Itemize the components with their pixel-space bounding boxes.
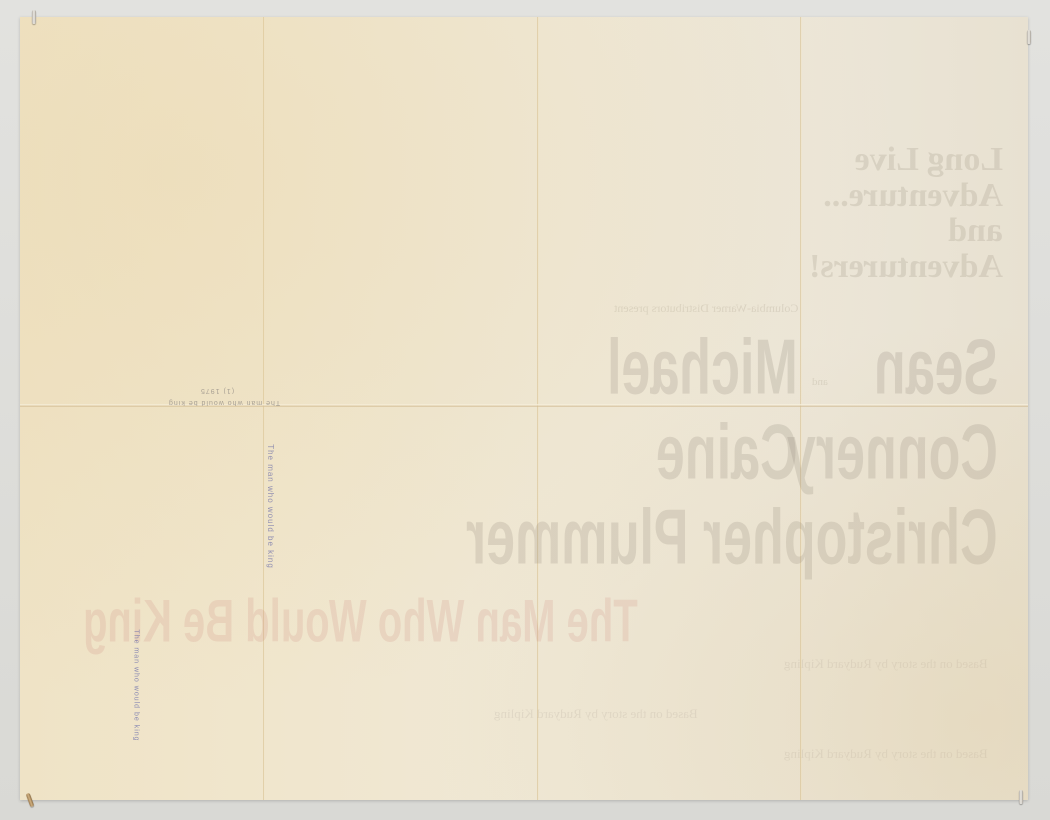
pencil-note: The man who would be king xyxy=(266,444,275,569)
show-through-credits: Based on the story by Rudyard Kipling xyxy=(784,747,988,760)
pencil-note: (1) 1975 xyxy=(200,387,234,394)
pencil-note: The man who would be king xyxy=(168,399,280,406)
vertical-fold xyxy=(800,17,802,800)
poster-back: Long Live Adventure... and Adventurers! … xyxy=(20,17,1028,800)
show-through-credits: Based on the story by Rudyard Kipling xyxy=(494,707,698,720)
show-through-title: The Man Who Would Be King xyxy=(83,592,638,652)
show-through-credits: Based on the story by Rudyard Kipling xyxy=(784,657,988,670)
show-through-presenter: Columbia-Warner Distributors present xyxy=(614,302,798,314)
pencil-note: The man who would be king xyxy=(133,629,140,741)
vertical-fold xyxy=(537,17,539,800)
show-through-star-1-first: Sean xyxy=(874,329,998,407)
show-through-star-1-last: Connery xyxy=(787,414,998,492)
pin-icon xyxy=(1027,30,1031,44)
show-through-star-3: Christopher Plummer xyxy=(466,499,998,577)
pin-icon xyxy=(1019,790,1023,804)
vertical-fold xyxy=(263,17,265,800)
pin-icon xyxy=(32,10,36,24)
show-through-star-2-first: Michael xyxy=(607,329,798,407)
show-through-and: and xyxy=(812,377,828,388)
show-through-tagline: Long Live Adventure... and Adventurers! xyxy=(813,142,1003,285)
show-through-star-2-last: Caine xyxy=(656,414,798,492)
